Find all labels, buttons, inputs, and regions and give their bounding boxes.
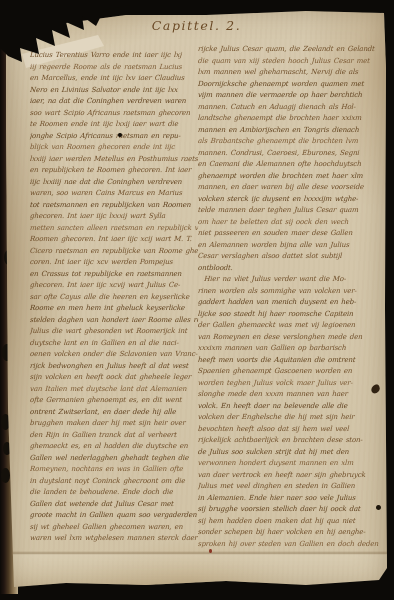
- manuscript-line: den Rijn in Gallien tranck dat al verhee…: [30, 430, 199, 442]
- manuscript-line: ghecoren. Int iaer iijc xcvij wart Juliu…: [30, 280, 199, 292]
- ink-speck: [376, 505, 381, 510]
- manuscript-line: als Brabantsche ghenaempt die brochten l…: [198, 136, 385, 148]
- manuscript-line: coren. Int iaer iijc xcv werden Pompejus: [30, 257, 199, 269]
- manuscript-line: worden teghen Julius volck maer Julius v…: [198, 378, 385, 390]
- manuscript-line: rijcke Julius Cesar quam, die Zeelandt e…: [198, 44, 385, 56]
- manuscript-line: vijm mannen die vermaerde op haer bercht…: [198, 90, 385, 102]
- manuscript-line: te Roomen ende int iijc lxxij iaer wart …: [30, 119, 199, 131]
- manuscript-line: Gallen dat wetende dat Julius Cesar met: [30, 499, 199, 511]
- manuscript-line: Spaenien ghenaempt Gascoenen worden en: [198, 366, 385, 378]
- manuscript-line: Romeynen, nochtans en was in Gallien oft…: [30, 464, 199, 476]
- photo-backdrop: Capittel. 2. Lucius Terentius Varro ende…: [0, 0, 394, 600]
- manuscript-line: ghenaempt worden die brochten met haer x…: [198, 171, 385, 183]
- manuscript-line: volcken der Enghelsche die hij met sijn …: [198, 412, 385, 424]
- manuscript-page: Capittel. 2. Lucius Terentius Varro ende…: [6, 8, 387, 592]
- manuscript-line: gaddert hadden van menich duysent en heb…: [198, 297, 385, 309]
- manuscript-line: bevochten heeft alsoo dat sij hem wel ve…: [198, 424, 385, 436]
- manuscript-line: om haer te beletten dat sij oock den wec…: [198, 217, 385, 229]
- manuscript-line: lijcke soo staedt hij haer roomsche Capi…: [198, 309, 385, 321]
- manuscript-line: iijc lxxiiij nae dat die Coninghen verdr…: [30, 177, 199, 189]
- manuscript-line: Nero en Livinius Salvator ende int iijc …: [30, 85, 199, 97]
- manuscript-line: mannen en Ambiorijschen en Tongris diena…: [198, 125, 385, 137]
- text-column-left: Lucius Terentius Varro ende int iaer iij…: [30, 50, 198, 545]
- manuscript-line: duytsche lant en in Gallien en al die na…: [30, 338, 199, 350]
- manuscript-line: iij regeerde Roome als de raetsman Luciu…: [30, 62, 199, 74]
- manuscript-line: mannen, en daer waren bij alle dese voor…: [198, 182, 385, 194]
- manuscript-line: rijck bedwonghen en Julius heeft al dat …: [30, 361, 199, 373]
- manuscript-line: lxm mannen wel gheharnascht, Nervij die …: [198, 67, 385, 79]
- manuscript-line: sar ofte Cayus alle die heeren en keyser…: [30, 292, 199, 304]
- manuscript-line: Roome en men hem int gheluck keyserlicke: [30, 303, 199, 315]
- ink-speck: [118, 133, 122, 137]
- manuscript-line: rijckelijck achtbaerlijck en brachten de…: [198, 435, 385, 447]
- text-column-right: rijcke Julius Cesar quam, die Zeelandt e…: [198, 44, 384, 550]
- manuscript-line: ghecoren. Int iaer iijc lxxxij wart Syll…: [30, 211, 199, 223]
- manuscript-line: stelden daghen van hondert iaer Roome al…: [30, 315, 199, 327]
- manuscript-line: metten sancten alleen raetsman en republ…: [30, 223, 199, 235]
- manuscript-line: Roomen ghecoren. Int iaer iijc xcij wart…: [30, 234, 199, 246]
- manuscript-line: die quam van xiij steden hooch Julius Ce…: [198, 56, 385, 68]
- manuscript-line: mannen. Catuch en Aduagij dienach als Ho…: [198, 102, 385, 114]
- manuscript-line: Lucius Terentius Varro ende int iaer iij…: [30, 50, 199, 62]
- manuscript-line: telde mannen daer teghen Julius Cesar qu…: [198, 205, 385, 217]
- manuscript-line: en Caemani die Alemannen ofte hoochduyts…: [198, 159, 385, 171]
- manuscript-line: Julius die wart ghesonden wt Roomerijck …: [30, 326, 199, 338]
- manuscript-line: mannen. Condrusi, Caeroesi, Eburones, Se…: [198, 148, 385, 160]
- manuscript-line: groote macht in Gallien quam soo vergade…: [30, 510, 199, 522]
- manuscript-line: soo wart Scipio Africanus raetsman gheco…: [30, 108, 199, 120]
- manuscript-line: landtsche ghenaempt die brochten haer xx…: [198, 113, 385, 125]
- manuscript-line: Cesar verslaghen alsoo dattet slot subti…: [198, 251, 385, 263]
- manuscript-line: in duytslant noyt Coninck ghecroont om d…: [30, 476, 199, 488]
- manuscript-line: en republijcken te Roomen ghecoren. Int …: [30, 165, 199, 177]
- bottom-margin-stain: [6, 555, 387, 588]
- manuscript-line: Doornijcksche ghenaempt worden quamen me…: [198, 79, 385, 91]
- manuscript-line: Gallen wel nederlagghen ghehadt teghen d…: [30, 453, 199, 465]
- red-speck: [209, 549, 212, 553]
- manuscript-line: die landen te behoudene. Ende doch die: [30, 487, 199, 499]
- manuscript-line: tot raetsmannen en republijcken van Room…: [30, 200, 199, 212]
- manuscript-line: waren wel lxm wtghelesen mannen sterck d…: [30, 533, 199, 545]
- manuscript-line: jonghe Scipio Africanus raetsman en repu…: [30, 131, 199, 143]
- manuscript-line: volcken sterck ijc duysent en lxxxxijm w…: [198, 194, 385, 206]
- manuscript-line: heeft men voorts die Aquitanien die omtr…: [198, 355, 385, 367]
- manuscript-line: rinen worden als sommighe van volcken ve…: [198, 286, 385, 298]
- manuscript-line: Hier na vliet Julius verder want die Mo-: [198, 274, 385, 286]
- manuscript-line: en Crassus tot republijcke en raetsmanne…: [30, 269, 199, 281]
- manuscript-line: in Alemanien. Ende hier naer soo vele Ju…: [198, 493, 385, 505]
- manuscript-line: ghemaeckt es, en al hadden die duytsche …: [30, 441, 199, 453]
- manuscript-line: verwonnen hondert duysent mannen en xlm: [198, 458, 385, 470]
- manuscript-line: van Italien met duytsche lant dat Aleman…: [30, 384, 199, 396]
- manuscript-line: Cicero raetsman en republijcke van Roome…: [30, 246, 199, 258]
- manuscript-line: Julius met veel dinghen en steden in Gal…: [198, 481, 385, 493]
- manuscript-line: de Julius soo sulcken strijt dat hij met…: [198, 447, 385, 459]
- manuscript-line: sijn volcken en heeft oock dat gheheele …: [30, 372, 199, 384]
- manuscript-line: lxxiij iaer werden Metellus en Posthumiu…: [30, 154, 199, 166]
- manuscript-line: ontbloodt.: [198, 263, 385, 275]
- manuscript-line: ontrent Zwitserlant, en daer dede hij al…: [30, 407, 199, 419]
- manuscript-line: volck. En heeft daer na belevende alle d…: [198, 401, 385, 413]
- manuscript-line: ofte Germanien ghenoempt es, en dit went: [30, 395, 199, 407]
- manuscript-line: iaer, na dat die Coninghen verdreven war…: [30, 96, 199, 108]
- manuscript-line: waren, soo waren Cains Marcus en Marius: [30, 188, 199, 200]
- manuscript-line: slonghe mede den xxxm mannen van haer: [198, 389, 385, 401]
- manuscript-line: en Marcellus, ende int iijc lxv iaer Cla…: [30, 73, 199, 85]
- manuscript-line: van daer vertrock en heeft naer sijn ghe…: [198, 470, 385, 482]
- manuscript-line: sij hem hadden doen maken dat hij qua ni…: [198, 516, 385, 528]
- manuscript-line: sproken hij over steden van Gallien en d…: [198, 539, 385, 551]
- manuscript-line: van Romeynen en dese verslonghen mede de…: [198, 332, 385, 344]
- manuscript-line: blijck van Roomen ghecoren ende int iijc: [30, 142, 199, 154]
- manuscript-line: en Alemannen worden bijna alle van Juliu…: [198, 240, 385, 252]
- manuscript-line: der Gallen ghemaeckt was met vij legioen…: [198, 320, 385, 332]
- manuscript-line: xxxixm mannen van Gallien op barbarisch: [198, 343, 385, 355]
- manuscript-line: brugghen maken daer hij met sijn heir ov…: [30, 418, 199, 430]
- manuscript-line: oenen volcken onder die Sclavonien van V…: [30, 349, 199, 361]
- manuscript-line: sij brugghe voorsien stellich daer hij o…: [198, 504, 385, 516]
- sewing-hole: [1, 468, 10, 483]
- manuscript-line: sonder schepen bij haer volcken en hij a…: [198, 527, 385, 539]
- manuscript-line: niet passeeren en souden maer dese Galle…: [198, 228, 385, 240]
- manuscript-line: sij wt gheheel Gallien ghecomen waren, e…: [30, 522, 199, 534]
